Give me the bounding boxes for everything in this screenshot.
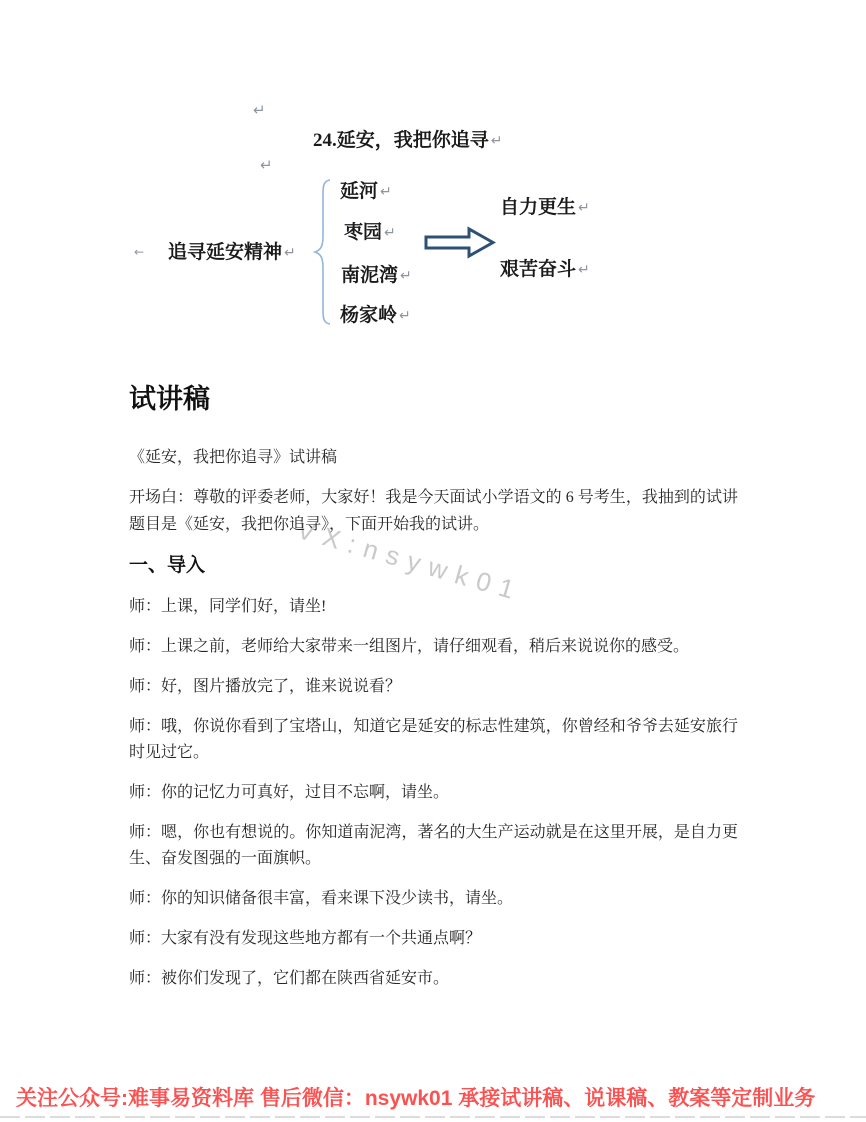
diagram-branch: 枣园↵ <box>344 221 396 245</box>
diagram-branch: 延河↵ <box>340 180 392 204</box>
branch-text: 延河 <box>340 181 378 202</box>
paragraph-mark: ↵ <box>260 158 273 173</box>
diagram-result: 自力更生↵ <box>500 196 590 220</box>
paragraph-mark: ↵ <box>384 225 396 241</box>
document-page: ↵ 24.延安，我把你追寻↵ ↵ ← 追寻延安精神↵ 延河↵ 枣园↵ 南泥湾↵ … <box>0 0 866 1122</box>
script-paragraph: 师：上课，同学们好，请坐! <box>129 594 738 620</box>
script-paragraph: 师：被你们发现了，它们都在陕西省延安市。 <box>129 966 738 992</box>
script-paragraph: 师：哦，你说你看到了宝塔山，知道它是延安的标志性建筑，你曾经和爷爷去延安旅行时见… <box>129 714 738 766</box>
diagram-root-text: 追寻延安精神 <box>168 242 282 263</box>
paragraph-mark: ↵ <box>399 308 411 324</box>
paragraph-mark: ↵ <box>380 184 392 200</box>
paragraph-mark: ↵ <box>491 133 503 149</box>
script-paragraph: 师：你的知识储备很丰富，看来课下没少读书，请坐。 <box>129 886 738 912</box>
paragraph-mark: ↵ <box>400 268 412 284</box>
result-text: 艰苦奋斗 <box>500 259 576 280</box>
diagram-root-node: 追寻延安精神↵ <box>168 241 296 265</box>
branch-text: 南泥湾 <box>341 265 398 286</box>
paragraph-mark: ↵ <box>578 200 590 216</box>
branch-text: 枣园 <box>344 222 382 243</box>
script-paragraph: 师：好，图片播放完了，谁来说说看？ <box>129 674 738 700</box>
opening-paragraph: 开场白：尊敬的评委老师，大家好！我是今天面试小学语文的 6 号考生，我抽到的试讲… <box>129 484 738 538</box>
script-paragraph: 师：你的记忆力可真好，过目不忘啊，请坐。 <box>129 780 738 806</box>
script-paragraph: 师：大家有没有发现这些地方都有一个共通点啊？ <box>129 926 738 952</box>
lesson-title-text: 24.延安，我把你追寻 <box>313 130 489 151</box>
anchor-mark-icon: ← <box>134 245 144 259</box>
paragraph-mark: ↵ <box>253 103 266 118</box>
result-text: 自力更生 <box>500 197 576 218</box>
script-paragraph: 师：嗯，你也有想说的。你知道南泥湾，著名的大生产运动就是在这里开展，是自力更生、… <box>129 820 738 872</box>
paragraph-mark: ↵ <box>578 262 590 278</box>
diagram-branch: 南泥湾↵ <box>341 264 412 288</box>
page-bottom-divider <box>0 1116 866 1118</box>
script-subtitle: 《延安，我把你追寻》试讲稿 <box>129 445 738 471</box>
page-title: 试讲稿 <box>129 383 738 415</box>
branch-text: 杨家岭 <box>340 305 397 326</box>
promo-banner: 关注公众号:难事易资料库 售后微信：nsywk01 承接试讲稿、说课稿、教案等定… <box>0 1086 866 1112</box>
section-heading-intro: 一、导入 <box>129 553 738 578</box>
right-arrow-icon <box>424 226 496 259</box>
diagram-result: 艰苦奋斗↵ <box>500 258 590 282</box>
document-body: 试讲稿 《延安，我把你追寻》试讲稿 开场白：尊敬的评委老师，大家好！我是今天面试… <box>129 383 738 1006</box>
brace-icon <box>313 178 333 326</box>
diagram-branch: 杨家岭↵ <box>340 304 411 328</box>
paragraph-mark: ↵ <box>284 245 296 261</box>
script-paragraph: 师：上课之前，老师给大家带来一组图片，请仔细观看，稍后来说说你的感受。 <box>129 634 738 660</box>
lesson-title: 24.延安，我把你追寻↵ <box>313 129 503 153</box>
